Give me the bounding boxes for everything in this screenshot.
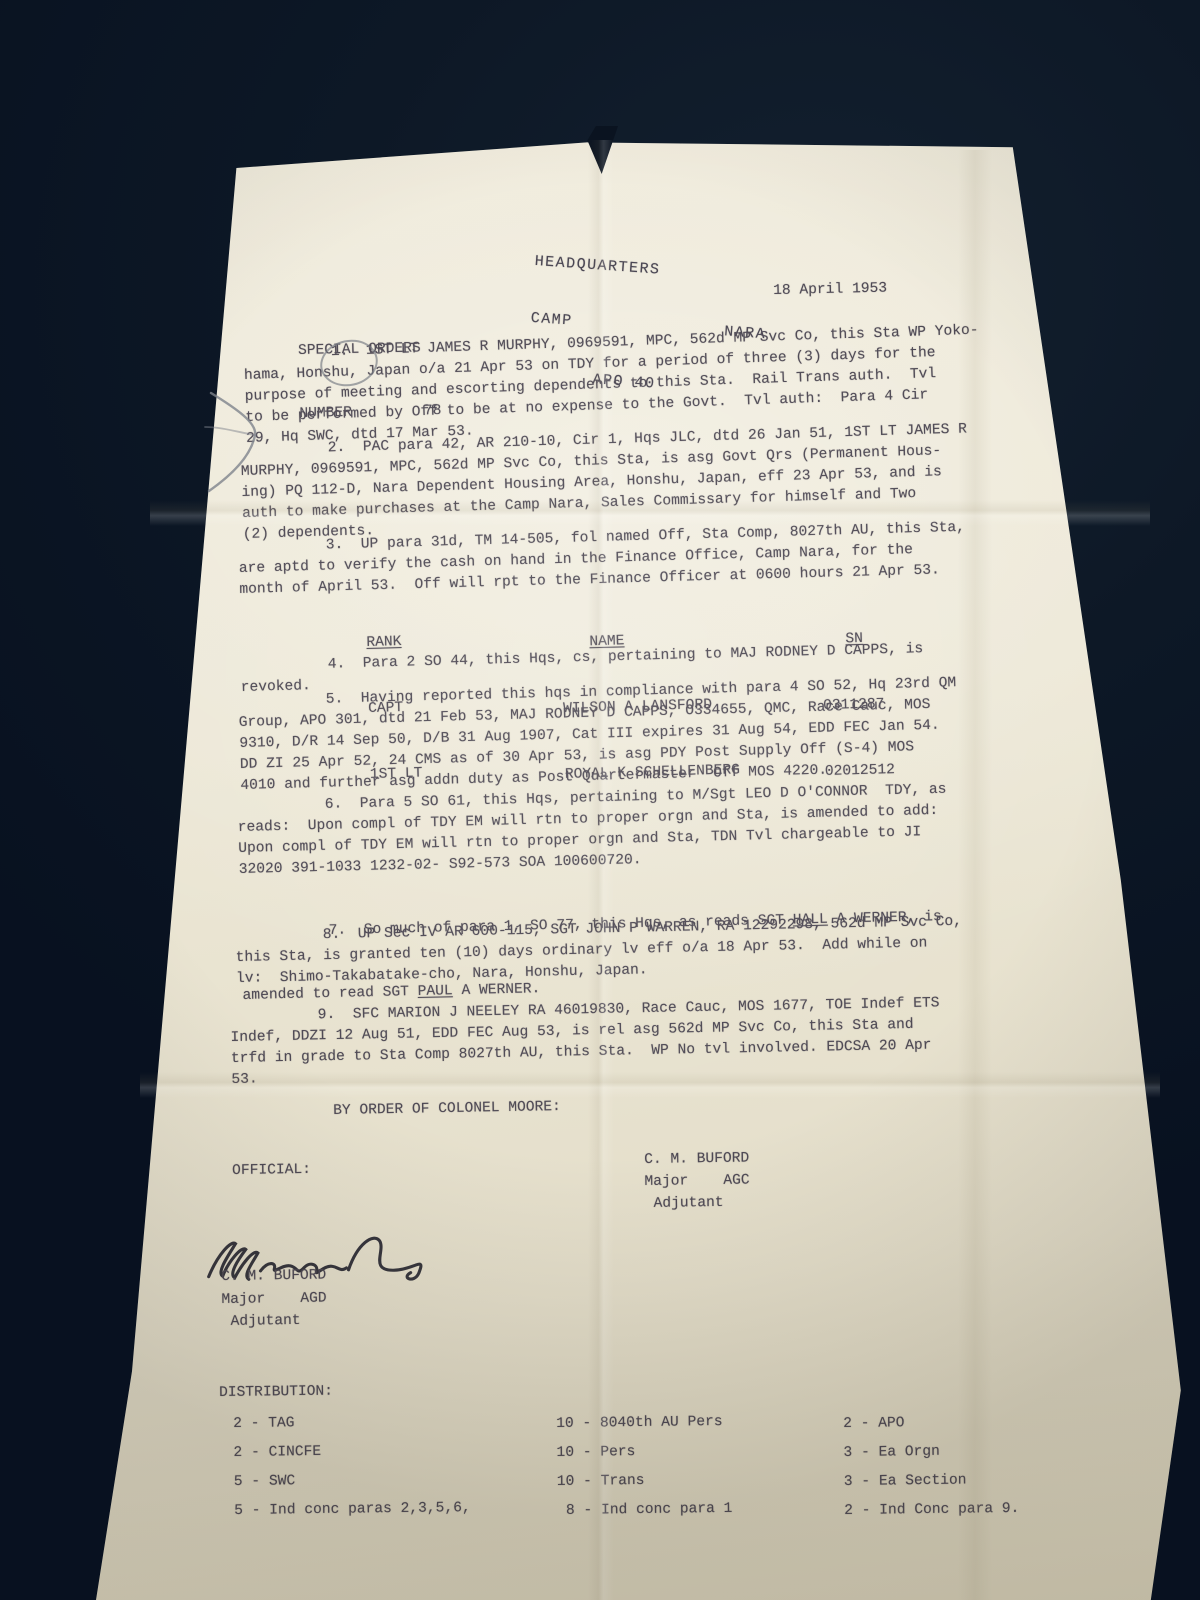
distribution-column-1: 2 - TAG 2 - CINCFE 5 - SWC 5 - Ind conc …: [233, 1407, 471, 1526]
distribution-column-2: 10 - 8040th AU Pers 10 - Pers 10 - Trans…: [556, 1408, 733, 1526]
distribution-column-3: 2 - APO 3 - Ea Orgn 3 - Ea Section 2 - I…: [843, 1408, 1020, 1526]
document-date: 18 April 1953: [773, 279, 887, 302]
official-label: OFFICIAL:: [232, 1160, 311, 1182]
letterhead-camp: CAMP: [530, 309, 573, 331]
adjutant-block-left: C. M. BUFORD Major AGD Adjutant: [221, 1265, 327, 1334]
by-order-line: BY ORDER OF COLONEL MOORE:: [333, 1097, 561, 1122]
order-paragraph-9: 9. SFC MARION J NEELEY RA 46019830, Race…: [230, 992, 991, 1091]
order-paragraph-5: 5. Having reported this hqs in complianc…: [238, 672, 1000, 797]
roster-header-rank: RANK: [366, 631, 419, 654]
photo-of-military-orders-document: { "colors":{"background":"#0b1422","pape…: [0, 0, 1200, 1600]
adjutant-block-right: C. M. BUFORD Major AGC Adjutant: [644, 1148, 750, 1215]
letterhead-headquarters: HEADQUARTERS: [534, 252, 771, 287]
distribution-label: DISTRIBUTION:: [219, 1382, 333, 1404]
pencil-checkmark-annotation: [203, 383, 273, 503]
